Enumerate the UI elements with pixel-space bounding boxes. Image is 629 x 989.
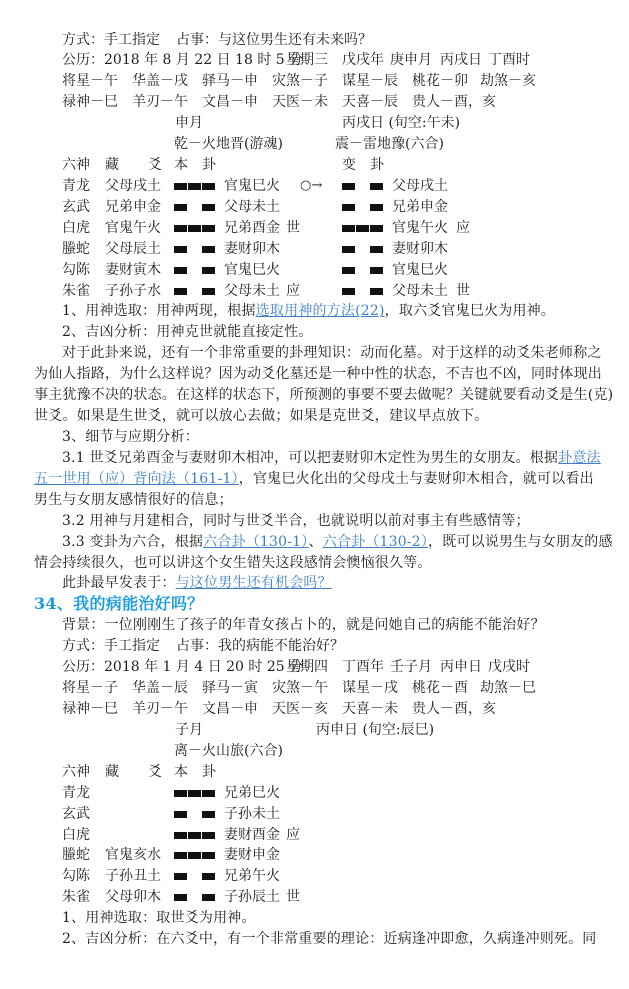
- shensha-item: 驿马－申: [202, 71, 258, 92]
- shensha-item: 劫煞－巳: [480, 678, 536, 699]
- header-hidden: 藏: [105, 762, 119, 783]
- shensha-row-2: 禄神－巳 羊刃－午 文昌－申 天医－未 天喜－辰 贵人－酉，亥: [0, 92, 629, 113]
- shi-ying-mark: 应: [286, 281, 300, 302]
- changed-yao-line-icon: [342, 225, 383, 232]
- hidden-yao: 妻财寅木: [105, 260, 161, 281]
- main-yao-text: 兄弟酉金: [224, 218, 280, 239]
- gua-row: 勾陈 子孙丑土 兄弟午火: [0, 866, 629, 887]
- shensha-row-2: 禄神－巳 羊刃－午 文昌－申 天医－亥 天喜－未 贵人－酉，亥: [0, 699, 629, 720]
- yao-line-icon: [174, 832, 215, 839]
- shensha-item: 贵人－酉，亥: [412, 92, 496, 113]
- published-label: 此卦最早发表于：: [62, 575, 176, 591]
- yao-line-icon: [174, 204, 215, 211]
- gua-row: 螣蛇 官鬼亥水 妻财申金: [0, 845, 629, 866]
- day-void-label: 丙申日 (旬空:辰巳): [316, 720, 434, 741]
- changed-shi-ying-mark: 世: [456, 281, 470, 302]
- six-spirit: 白虎: [62, 218, 90, 239]
- main-yao-text: 父母未土: [224, 197, 280, 218]
- gua-row: 勾陈 妻财寅木 官鬼巳火 官鬼巳火: [0, 260, 629, 281]
- yao-line-icon: [174, 873, 215, 880]
- gua-row: 青龙 兄弟巳火: [0, 783, 629, 804]
- shensha-item: 灾煞－子: [272, 71, 328, 92]
- shi-ying-mark: 应: [286, 825, 300, 846]
- six-spirit: 螣蛇: [62, 239, 90, 260]
- main-yao-text: 妻财酉金: [224, 825, 280, 846]
- section-heading: 34、我的病能治好吗？: [0, 594, 629, 615]
- hidden-yao: 父母辰土: [105, 239, 161, 260]
- month-day-line: 子月 丙申日 (旬空:辰巳): [0, 720, 629, 741]
- yao-line-icon: [174, 790, 215, 797]
- shensha-item: 贵人－酉，亥: [412, 699, 496, 720]
- main-yao-text: 兄弟巳火: [224, 783, 280, 804]
- yao-line-icon: [174, 288, 215, 295]
- analysis-text: 3.2 用神与月建相合，同时与世爻半合，也就说明以前对事主有些感情等；: [62, 511, 530, 532]
- shensha-item: 将星－子: [62, 678, 118, 699]
- published-line: 此卦最早发表于：与这位男生还有机会吗？: [0, 573, 629, 594]
- shensha-item: 将星－午: [62, 71, 118, 92]
- weekday: 星期四: [286, 657, 328, 678]
- changed-yao-text: 妻财卯木: [392, 239, 448, 260]
- method-line: 方式：手工指定 占事：与这位男生还有未来吗？: [0, 30, 629, 51]
- shensha-item: 劫煞－亥: [480, 71, 536, 92]
- six-spirit: 青龙: [62, 176, 90, 197]
- hidden-yao: 官鬼午火: [105, 218, 161, 239]
- six-spirit: 螣蛇: [62, 845, 90, 866]
- analysis-text: 2、吉凶分析：用神克世就能直接定性。: [62, 322, 313, 343]
- detail-3-3: 3.3 变卦为六合，根据六合卦（130-1）、六合卦（130-2），既可以说男生…: [0, 532, 629, 553]
- yao-line-icon: [174, 246, 215, 253]
- six-spirit: 玄武: [62, 804, 90, 825]
- analysis-jixiong: 2、吉凶分析：在六爻中，有一个非常重要的理论：近病逢冲即愈，久病逢冲则死。同: [0, 929, 629, 950]
- main-gua-name: 乾－火地晋(游魂): [174, 134, 283, 155]
- ganzhi-hour: 戊戌时: [488, 657, 530, 678]
- shensha-row-1: 将星－午 华盖－戌 驿马－申 灾煞－子 谋星－辰 桃花－卯 劫煞－亥: [0, 71, 629, 92]
- calendar-line: 公历：2018 年 1 月 4 日 20 时 25 分 星期四 丁酉年 壬子月 …: [0, 657, 629, 678]
- shensha-item: 驿马－寅: [202, 678, 258, 699]
- link-liuhe-gua-1[interactable]: 六合卦（130-1）: [203, 534, 308, 550]
- yao-line-icon: [174, 267, 215, 274]
- ganzhi-year: 戊戌年: [342, 50, 384, 71]
- shensha-item: 文昌－申: [202, 699, 258, 720]
- detail-3-3-cont: 情会持续很久，也可以讲这个女生错失这段感情会懊恼很久等。: [0, 553, 629, 574]
- main-yao-text: 官鬼巳火: [224, 260, 280, 281]
- hidden-yao: 父母戌土: [105, 176, 161, 197]
- header-yao: 爻: [148, 762, 162, 783]
- analysis-text: ，官鬼巳火化出的父母戌土与妻财卯木相合，就可以看出: [239, 471, 594, 487]
- gua-table-header: 六神 藏 爻 本 卦: [0, 762, 629, 783]
- header-six-spirits: 六神: [62, 155, 90, 176]
- gua-row: 白虎 妻财酉金 应: [0, 825, 629, 846]
- question-label: 占事：我的病能不能治好？: [176, 636, 344, 657]
- ganzhi-month: 壬子月: [390, 657, 432, 678]
- main-yao-text: 妻财卯木: [224, 239, 280, 260]
- moving-yao-arrow-icon: ○→: [300, 176, 322, 197]
- method-label: 方式：手工指定: [62, 30, 160, 51]
- link-yongshen-method[interactable]: 选取用神的方法(22): [256, 303, 385, 319]
- analysis-text: 2、吉凶分析：在六爻中，有一个非常重要的理论：近病逢冲即愈，久病逢冲则死。同: [62, 929, 597, 950]
- shensha-item: 桃花－酉: [412, 678, 468, 699]
- changed-shi-ying-mark: 应: [456, 218, 470, 239]
- month-label: 子月: [175, 720, 203, 741]
- gua-row: 朱雀 父母卯木 子孙辰土 世: [0, 887, 629, 908]
- analysis-text: 3.3 变卦为六合，根据: [62, 534, 203, 550]
- yao-line-icon: [174, 225, 215, 232]
- main-yao-text: 子孙未土: [224, 804, 280, 825]
- yao-line-icon: [174, 183, 215, 190]
- header-main-gua: 本 卦: [174, 762, 216, 783]
- six-spirit: 勾陈: [62, 866, 90, 887]
- changed-yao-line-icon: [342, 183, 383, 190]
- analysis-detail-heading: 3、细节与应期分析：: [0, 427, 629, 448]
- background-text: 背景：一位刚刚生了孩子的年青女孩占卜的，就是问她自己的病能不能治好？: [62, 615, 545, 636]
- month-day-line: 申月 丙戌日 (旬空:午未): [0, 113, 629, 134]
- analysis-text: 3.1 世爻兄弟酉金与妻财卯木相冲，可以把妻财卯木定性为男生的女朋友。根据: [62, 450, 558, 466]
- changed-yao-line-icon: [342, 246, 383, 253]
- analysis-yongshen: 1、用神选取：取世爻为用神。: [0, 908, 629, 929]
- hidden-yao: 官鬼亥水: [105, 845, 161, 866]
- gua-table-header: 六神 藏 爻 本 卦 变 卦: [0, 155, 629, 176]
- shensha-item: 天医－亥: [272, 699, 328, 720]
- ganzhi-day: 丙戌日: [440, 50, 482, 71]
- analysis-text: 情会持续很久，也可以讲这个女生错失这段感情会懊恼很久等。: [34, 553, 432, 574]
- shensha-item: 天喜－辰: [342, 92, 398, 113]
- paragraph-line: 对于此卦来说，还有一个非常重要的卦理知识：动而化墓。对于这样的动爻朱老师称之: [0, 343, 629, 364]
- changed-yao-text: 父母戌土: [392, 176, 448, 197]
- hidden-yao: 兄弟申金: [105, 197, 161, 218]
- main-yao-text: 官鬼巳火: [224, 176, 280, 197]
- six-spirit: 玄武: [62, 197, 90, 218]
- changed-yao-text: 兄弟申金: [392, 197, 448, 218]
- changed-yao-text: 父母未土: [392, 281, 448, 302]
- shensha-item: 桃花－卯: [412, 71, 468, 92]
- yao-line-icon: [174, 811, 215, 818]
- header-hidden: 藏: [105, 155, 119, 176]
- paragraph-line: 为仙人指路，为什么这样说？因为动爻化墓还是一种中性的状态，不吉也不凶，同时体现出: [0, 364, 629, 385]
- header-six-spirits: 六神: [62, 762, 90, 783]
- hidden-yao: 父母卯木: [105, 887, 161, 908]
- detail-3-1: 3.1 世爻兄弟酉金与妻财卯木相冲，可以把妻财卯木定性为男生的女朋友。根据卦意法: [0, 448, 629, 469]
- gua-row: 玄武 子孙未土: [0, 804, 629, 825]
- six-spirit: 青龙: [62, 783, 90, 804]
- shensha-item: 禄神－巳: [62, 699, 118, 720]
- case-title: 34、我的病能治好吗？: [34, 594, 204, 615]
- ganzhi-year: 丁酉年: [342, 657, 384, 678]
- shi-ying-mark: 世: [286, 218, 300, 239]
- six-spirit: 朱雀: [62, 281, 90, 302]
- gua-row: 白虎 官鬼午火 兄弟酉金 世 官鬼午火 应: [0, 218, 629, 239]
- main-yao-text: 子孙辰土: [224, 887, 280, 908]
- calendar-line: 公历：2018 年 8 月 22 日 18 时 5 分 星期三 戊戌年 庚申月 …: [0, 50, 629, 71]
- gua-row: 玄武 兄弟申金 父母未土 兄弟申金: [0, 197, 629, 218]
- gua-row: 朱雀 子孙子水 父母未土 应 父母未土 世: [0, 281, 629, 302]
- changed-yao-text: 官鬼午火: [392, 218, 448, 239]
- header-main-gua: 本 卦: [174, 155, 216, 176]
- shensha-item: 羊刃－午: [132, 699, 188, 720]
- header-yao: 爻: [148, 155, 162, 176]
- six-spirit: 勾陈: [62, 260, 90, 281]
- ganzhi-hour: 丁酉时: [488, 50, 530, 71]
- six-spirit: 白虎: [62, 825, 90, 846]
- ganzhi-day: 丙申日: [440, 657, 482, 678]
- shensha-row-1: 将星－子 华盖－辰 驿马－寅 灾煞－午 谋星－戌 桃花－酉 劫煞－巳: [0, 678, 629, 699]
- main-yao-text: 父母未土: [224, 281, 280, 302]
- month-label: 申月: [175, 113, 203, 134]
- analysis-text: 1、用神选取：取世爻为用神。: [62, 908, 256, 929]
- analysis-text: ，取六爻官鬼巳火为用神。: [385, 303, 555, 319]
- separator: 、: [308, 534, 322, 550]
- detail-3-2: 3.2 用神与月建相合，同时与世爻半合，也就说明以前对事主有些感情等；: [0, 511, 629, 532]
- solar-date: 公历：2018 年 8 月 22 日 18 时 5 分: [62, 50, 303, 71]
- detail-3-1-cont: 五一世用（应）背向法（161-1），官鬼巳火化出的父母戌土与妻财卯木相合，就可以…: [0, 469, 629, 490]
- main-yao-text: 兄弟午火: [224, 866, 280, 887]
- analysis-text: 男生与女朋友感情很好的信息；: [34, 490, 233, 511]
- header-changed-gua: 变 卦: [342, 155, 384, 176]
- shensha-item: 天喜－未: [342, 699, 398, 720]
- paragraph-line: 世爻。如果是生世爻，就可以放心去做；如果是克世爻，建议早点放下。: [0, 406, 629, 427]
- yao-line-icon: [174, 894, 215, 901]
- paragraph-line: 事主犹豫不决的状态。在这样的状态下，所预测的事要不要去做呢？关键就要看动爻是生(…: [0, 385, 629, 406]
- shensha-item: 羊刃－午: [132, 92, 188, 113]
- shensha-item: 文昌－申: [202, 92, 258, 113]
- link-beixiang-method[interactable]: 五一世用（应）背向法（161-1）: [34, 471, 239, 487]
- gua-row: 青龙 父母戌土 官鬼巳火 ○→ 父母戌土: [0, 176, 629, 197]
- method-line: 方式：手工指定 占事：我的病能不能治好？: [0, 636, 629, 657]
- shensha-item: 华盖－戌: [132, 71, 188, 92]
- analysis-jixiong: 2、吉凶分析：用神克世就能直接定性。: [0, 322, 629, 343]
- shensha-item: 禄神－巳: [62, 92, 118, 113]
- hidden-yao: 子孙丑土: [105, 866, 161, 887]
- document-page: 方式：手工指定 占事：与这位男生还有未来吗？ 公历：2018 年 8 月 22 …: [0, 0, 629, 989]
- shensha-item: 谋星－戌: [342, 678, 398, 699]
- analysis-yongshen: 1、用神选取：用神两现，根据选取用神的方法(22)，取六爻官鬼巳火为用神。: [0, 301, 629, 322]
- shensha-item: 华盖－辰: [132, 678, 188, 699]
- hidden-yao: 子孙子水: [105, 281, 161, 302]
- shi-ying-mark: 世: [286, 887, 300, 908]
- analysis-text: ，既可以说男生与女朋友的感: [428, 534, 613, 550]
- method-label: 方式：手工指定: [62, 636, 160, 657]
- six-spirit: 朱雀: [62, 887, 90, 908]
- main-gua-name: 离－火山旅(六合): [174, 741, 283, 762]
- link-liuhe-gua-2[interactable]: 六合卦（130-2）: [323, 534, 428, 550]
- yao-line-icon: [174, 852, 215, 859]
- changed-yao-line-icon: [342, 204, 383, 211]
- gua-names-line: 离－火山旅(六合): [0, 741, 629, 762]
- gua-names-line: 乾－火地晋(游魂) 震－雷地豫(六合): [0, 134, 629, 155]
- analysis-text: 3、细节与应期分析：: [62, 427, 199, 448]
- paragraph-text: 世爻。如果是生世爻，就可以放心去做；如果是克世爻，建议早点放下。: [34, 406, 488, 427]
- day-void-label: 丙戌日 (旬空:午未): [342, 113, 460, 134]
- shensha-item: 灾煞－午: [272, 678, 328, 699]
- paragraph-text: 事主犹豫不决的状态。在这样的状态下，所预测的事要不要去做呢？关键就要看动爻是生(…: [34, 385, 613, 406]
- background-line: 背景：一位刚刚生了孩子的年青女孩占卜的，就是问她自己的病能不能治好？: [0, 615, 629, 636]
- question-label: 占事：与这位男生还有未来吗？: [176, 30, 372, 51]
- shensha-item: 天医－未: [272, 92, 328, 113]
- paragraph-text: 对于此卦来说，还有一个非常重要的卦理知识：动而化墓。对于这样的动爻朱老师称之: [62, 343, 602, 364]
- link-original-post[interactable]: 与这位男生还有机会吗？: [176, 575, 332, 591]
- analysis-text: 1、用神选取：用神两现，根据: [62, 303, 256, 319]
- gua-row: 螣蛇 父母辰土 妻财卯木 妻财卯木: [0, 239, 629, 260]
- weekday: 星期三: [286, 50, 328, 71]
- detail-3-1-cont: 男生与女朋友感情很好的信息；: [0, 490, 629, 511]
- link-guayi-method[interactable]: 卦意法: [558, 450, 601, 466]
- ganzhi-month: 庚申月: [390, 50, 432, 71]
- changed-gua-name: 震－雷地豫(六合): [335, 134, 444, 155]
- shensha-item: 谋星－辰: [342, 71, 398, 92]
- changed-yao-text: 官鬼巳火: [392, 260, 448, 281]
- paragraph-text: 为仙人指路，为什么这样说？因为动爻化墓还是一种中性的状态，不吉也不凶，同时体现出: [34, 364, 602, 385]
- solar-date: 公历：2018 年 1 月 4 日 20 时 25 分: [62, 657, 303, 678]
- changed-yao-line-icon: [342, 267, 383, 274]
- changed-yao-line-icon: [342, 288, 383, 295]
- main-yao-text: 妻财申金: [224, 845, 280, 866]
